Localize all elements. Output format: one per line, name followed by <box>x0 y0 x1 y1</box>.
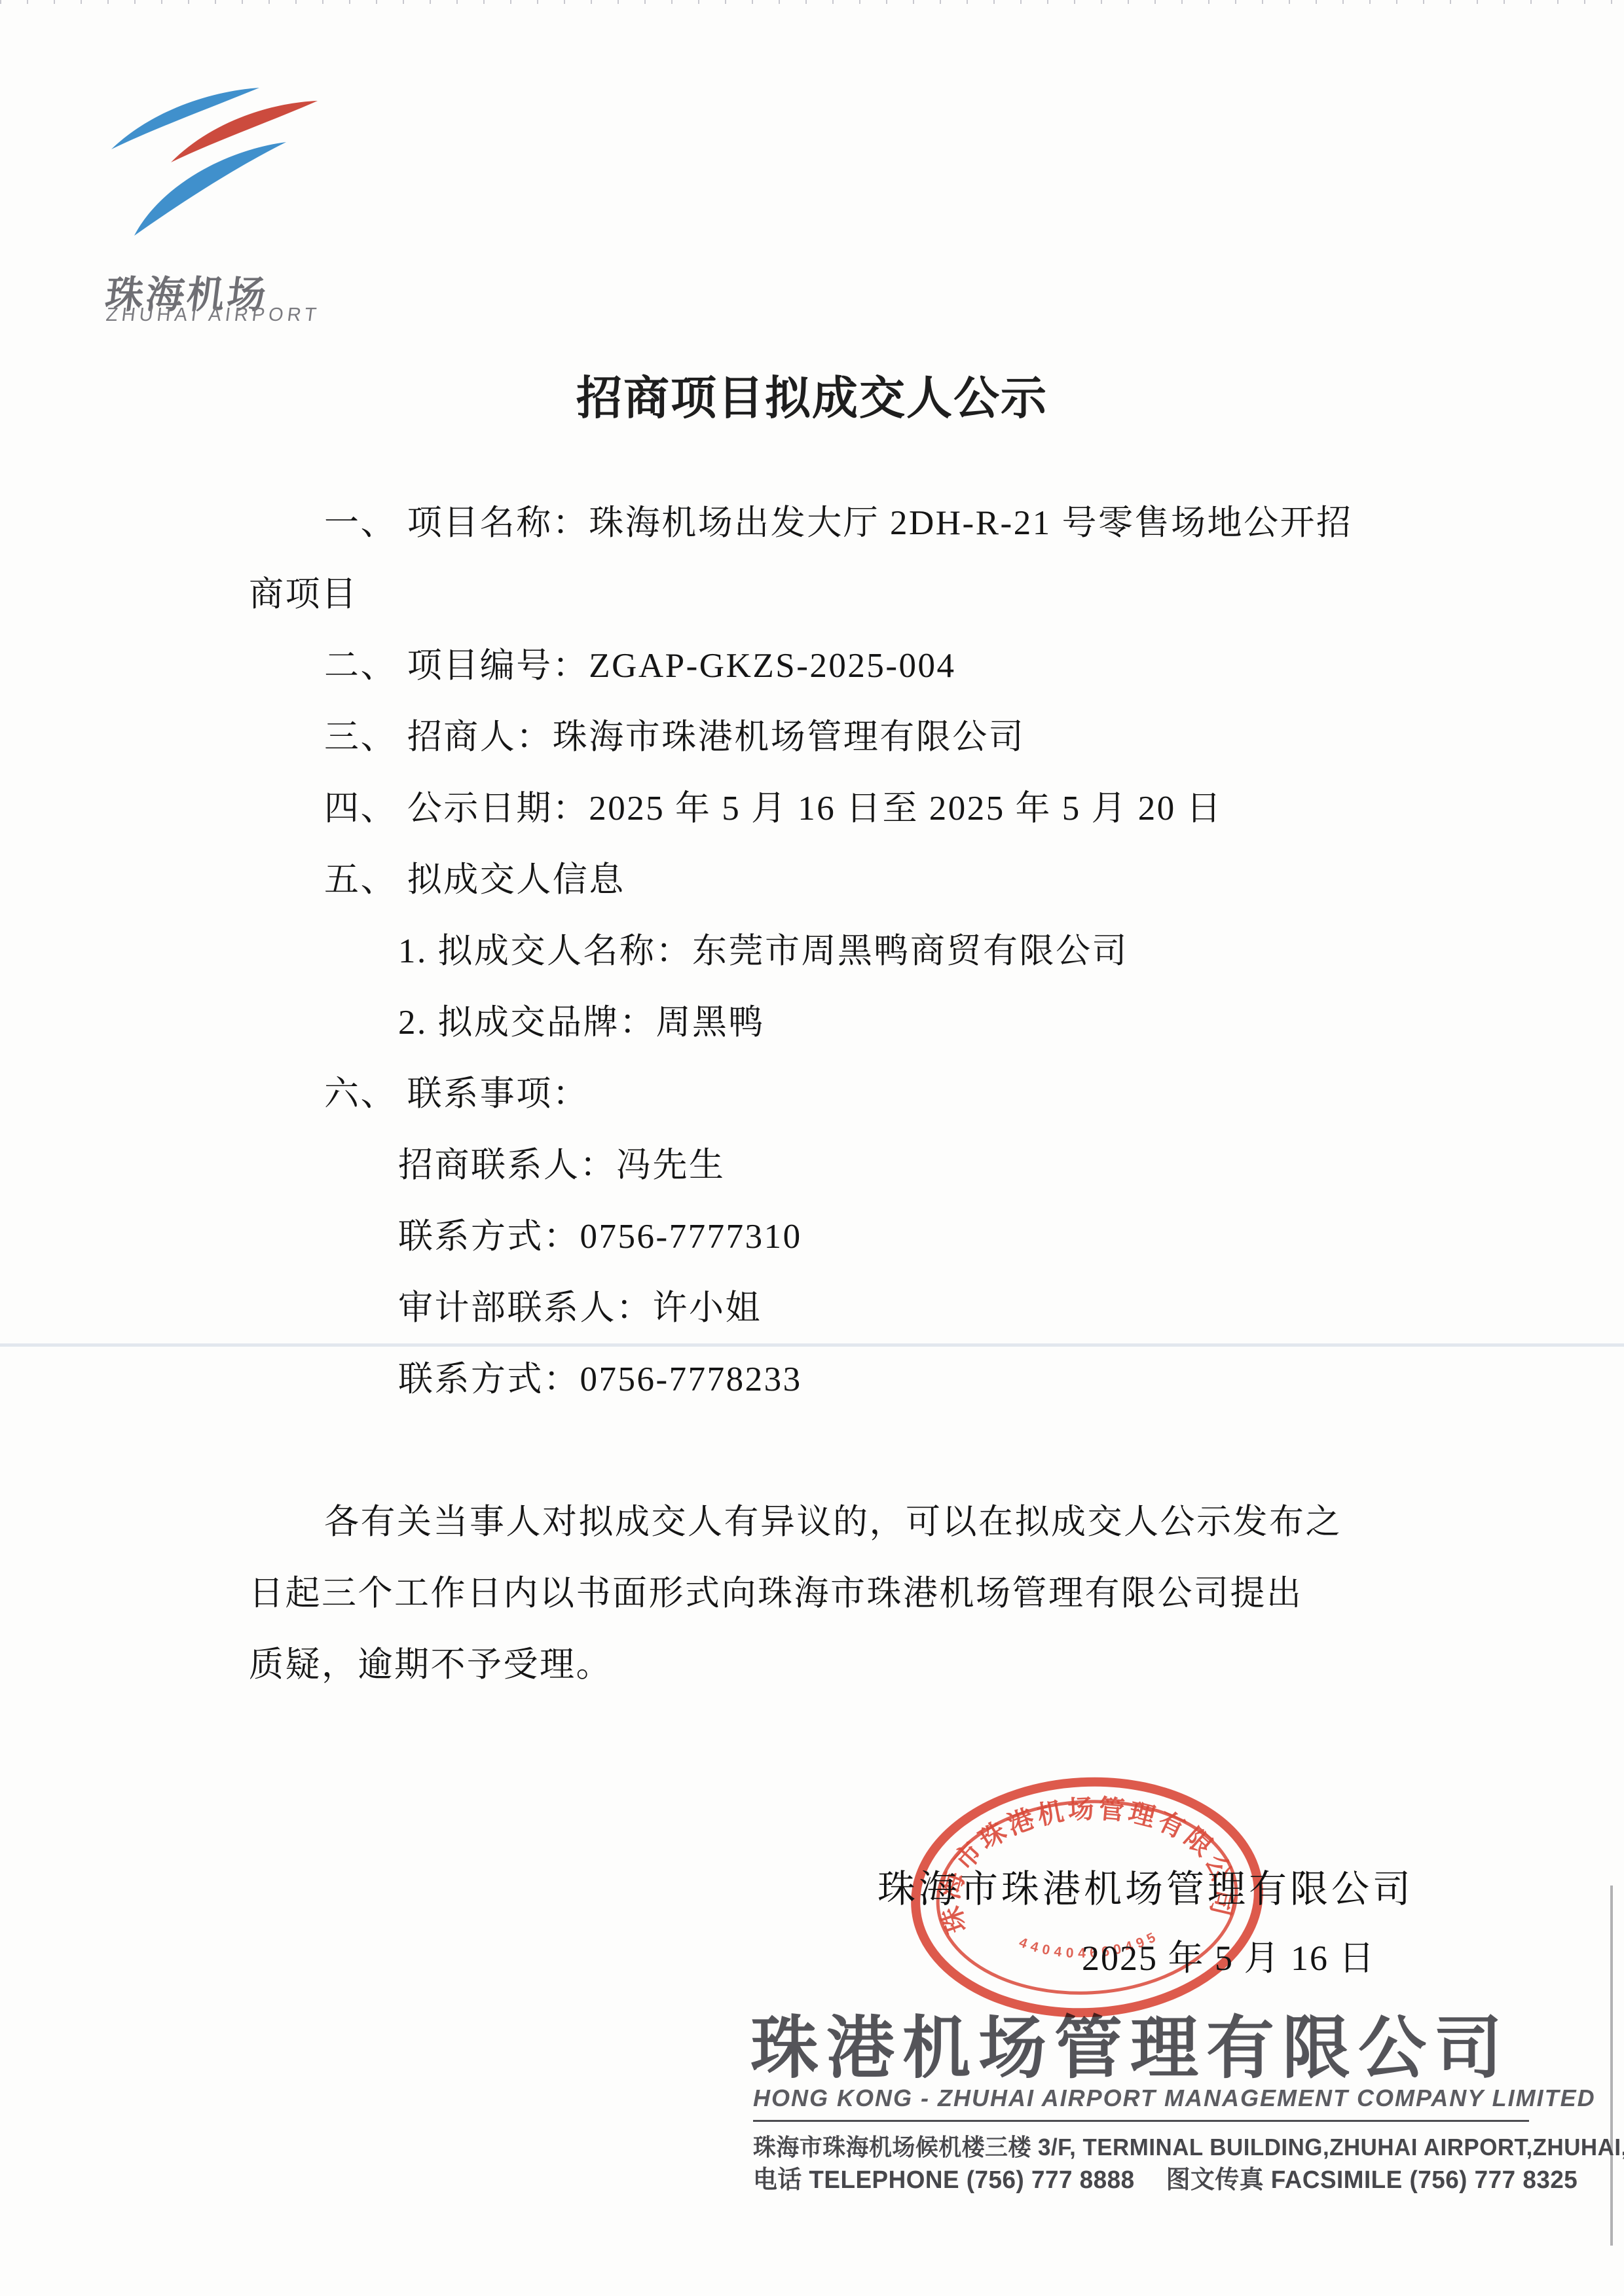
body-line: 六、 联系事项： <box>249 1059 1428 1130</box>
body-line: 联系方式：0756-7777310 <box>249 1201 1428 1273</box>
page-title: 招商项目拟成交人公示 <box>0 361 1624 428</box>
closing-line: 各有关当事人对拟成交人有异议的，可以在拟成交人公示发布之 <box>249 1487 1428 1558</box>
signature-company: 珠海市珠港机场管理有限公司 <box>877 1858 1414 1913</box>
body-line: 2. 拟成交品牌：周黑鸭 <box>249 987 1428 1059</box>
footer-address: 珠海市珠海机场候机楼三楼 3/F, TERMINAL BUILDING,ZHUH… <box>753 2129 1624 2162</box>
body-line: 三、 招商人：珠海市珠港机场管理有限公司 <box>249 702 1428 773</box>
closing-line: 日起三个工作日内以书面形式向珠海市珠港机场管理有限公司提出 <box>249 1558 1428 1630</box>
scan-edge-artifact <box>1610 1886 1613 2246</box>
body-line: 1. 拟成交人名称：东莞市周黑鸭商贸有限公司 <box>249 916 1428 987</box>
closing-paragraph: 各有关当事人对拟成交人有异议的，可以在拟成交人公示发布之 日起三个工作日内以书面… <box>249 1487 1428 1701</box>
body-line: 二、 项目编号：ZGAP-GKZS-2025-004 <box>249 630 1428 702</box>
body-line: 联系方式：0756-7778233 <box>249 1344 1428 1415</box>
scan-noise-artifact <box>0 0 1624 4</box>
document-body: 一、 项目名称：珠海机场出发大厅 2DH-R-21 号零售场地公开招 商项目 二… <box>249 488 1428 1701</box>
zhuhai-airport-logo: 珠海机场 ZHUHAI AIRPORT <box>98 75 373 337</box>
airport-swoosh-icon <box>98 75 347 265</box>
scanned-document-page: 珠海机场 ZHUHAI AIRPORT 招商项目拟成交人公示 一、 项目名称：珠… <box>0 0 1624 2296</box>
body-line: 五、 拟成交人信息 <box>249 845 1428 916</box>
body-line: 审计部联系人：许小姐 <box>249 1273 1428 1344</box>
body-line: 四、 公示日期：2025 年 5 月 16 日至 2025 年 5 月 20 日 <box>249 773 1428 845</box>
body-line: 招商联系人：冯先生 <box>249 1130 1428 1201</box>
closing-line: 质疑，逾期不予受理。 <box>249 1630 1428 1701</box>
footer-phone-fax: 电话 TELEPHONE (756) 777 8888 图文传真 FACSIMI… <box>753 2159 1578 2195</box>
signature-date: 2025 年 5 月 16 日 <box>1082 1930 1376 1980</box>
footer-divider <box>753 2120 1529 2122</box>
body-line: 商项目 <box>249 559 1428 630</box>
logo-english-name: ZHUHAI AIRPORT <box>105 304 322 326</box>
body-line: 一、 项目名称：珠海机场出发大厅 2DH-R-21 号零售场地公开招 <box>249 488 1428 559</box>
